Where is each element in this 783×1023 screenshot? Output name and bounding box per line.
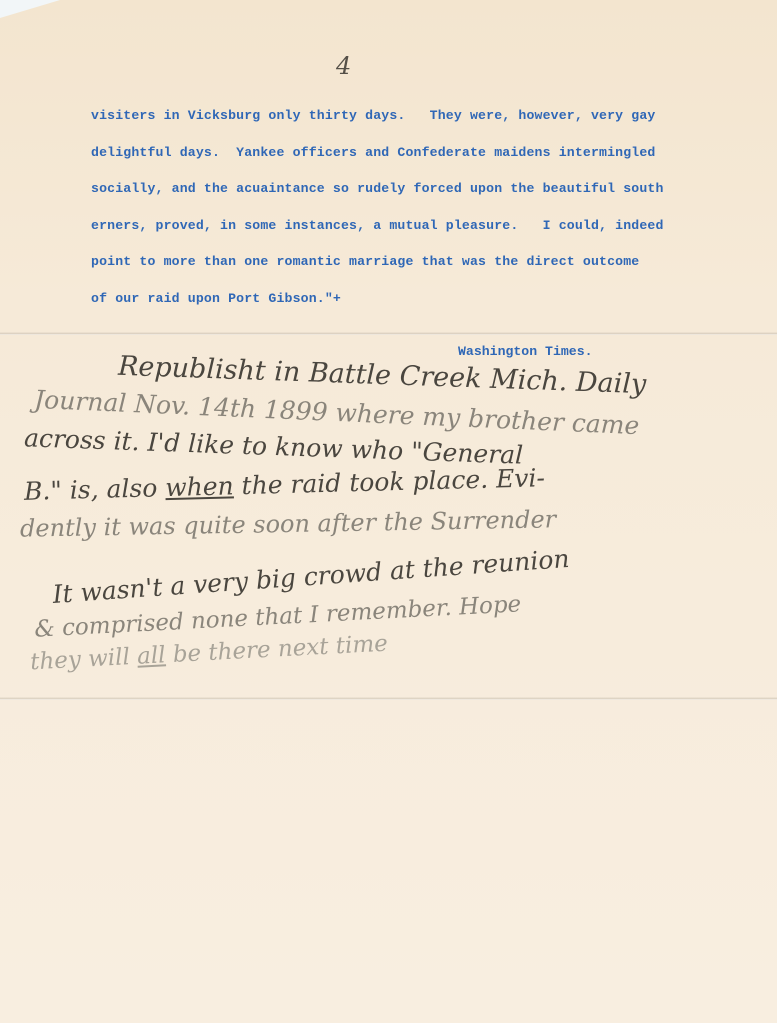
typed-line: erners, proved, in some instances, a mut… — [91, 214, 771, 251]
letter-page: 4 visiters in Vicksburg only thirty days… — [0, 0, 778, 1023]
underlined-word: all — [136, 642, 166, 669]
handwritten-line: dently it was quite soon after the Surre… — [20, 505, 557, 542]
handwritten-text: they will — [30, 644, 138, 676]
typed-line: visiters in Vicksburg only thirty days. … — [91, 104, 771, 141]
folded-corner — [0, 0, 60, 18]
typed-line: point to more than one romantic marriage… — [91, 250, 771, 287]
handwritten-line: B." is, also when the raid took place. E… — [24, 463, 546, 506]
typed-article-excerpt: visiters in Vicksburg only thirty days. … — [91, 104, 771, 324]
underlined-word: when — [165, 471, 234, 502]
typed-line: socially, and the acuaintance so rudely … — [91, 177, 771, 214]
fold-line — [0, 332, 778, 335]
handwritten-text: the raid took place. Evi- — [233, 463, 545, 500]
typed-line: of our raid upon Port Gibson."+ — [91, 287, 771, 324]
fold-line — [0, 697, 778, 700]
source-attribution: Washington Times. — [458, 344, 593, 359]
typed-line: delightful days. Yankee officers and Con… — [91, 141, 771, 178]
page-number: 4 — [336, 52, 351, 80]
page-edge — [777, 0, 783, 1023]
handwritten-text: be there next time — [165, 631, 389, 669]
handwritten-text: B." is, also — [24, 473, 166, 506]
